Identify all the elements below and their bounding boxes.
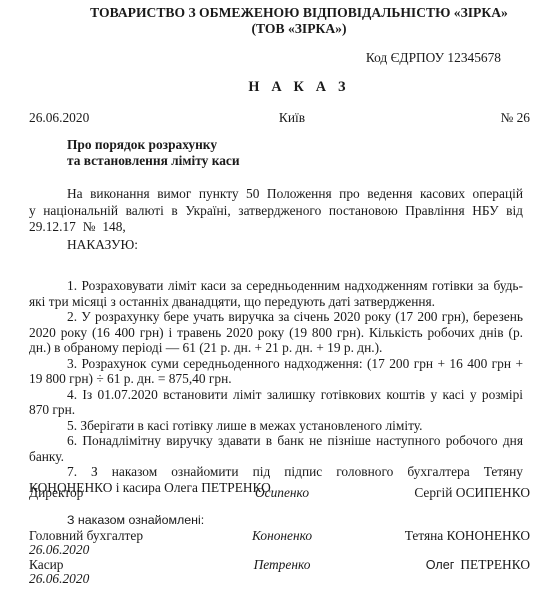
order-items: 1. Розраховувати ліміт каси за середньод… — [29, 278, 523, 495]
subject-line-2: та встановлення ліміту каси — [67, 153, 240, 169]
document-title: Н А К А З — [0, 79, 556, 96]
director-signature: Осипенко — [252, 485, 312, 501]
chief-accountant-signature: Кононенко — [252, 528, 312, 544]
order-item-4: 4. Із 01.07.2020 встановити ліміт залишк… — [29, 387, 523, 418]
document-city: Київ — [0, 110, 556, 126]
director-role: Директор — [29, 485, 83, 501]
order-item-1: 1. Розраховувати ліміт каси за середньод… — [29, 278, 523, 309]
subject-line-1: Про порядок розрахунку — [67, 137, 240, 153]
cashier-date: 26.06.2020 — [29, 571, 89, 587]
order-item-5: 5. Зберігати в касі готівку лише в межах… — [29, 418, 523, 434]
edrpou-code: Код ЄДРПОУ 12345678 — [366, 50, 501, 66]
chief-accountant-date: 26.06.2020 — [29, 542, 89, 558]
order-item-2: 2. У розрахунку бере учать виручка за сі… — [29, 309, 523, 356]
preamble-text: На виконання вимог пункту 50 Положення п… — [29, 186, 523, 236]
preamble: На виконання вимог пункту 50 Положення п… — [29, 186, 523, 236]
cashier-signature-row: Касир Петренко ОлегПЕТРЕНКО — [29, 557, 530, 573]
director-signature-row: Директор Осипенко Сергій ОСИПЕНКО — [29, 485, 530, 501]
organization-short-name: (ТОВ «ЗІРКА») — [0, 21, 556, 37]
cashier-signature: Петренко — [252, 557, 312, 573]
organization-full-name: ТОВАРИСТВО З ОБМЕЖЕНОЮ ВІДПОВІДАЛЬНІСТЮ … — [0, 5, 556, 21]
document-number: № 26 — [500, 110, 530, 126]
chief-accountant-signature-row: Головний бухгалтер Кононенко Тетяна КОНО… — [29, 528, 530, 544]
familiarized-label: З наказом ознайомлені: — [67, 513, 204, 527]
cashier-first-name: Олег — [426, 558, 455, 572]
director-name: Сергій ОСИПЕНКО — [414, 485, 530, 501]
order-item-6: 6. Понадлімітну виручку здавати в банк н… — [29, 433, 523, 464]
cashier-last-name: ПЕТРЕНКО — [460, 557, 530, 572]
order-item-3: 3. Розрахунок суми середньоденного надхо… — [29, 356, 523, 387]
order-word: НАКАЗУЮ: — [67, 237, 138, 253]
chief-accountant-name: Тетяна КОНОНЕНКО — [405, 528, 530, 544]
cashier-name: ОлегПЕТРЕНКО — [426, 557, 530, 573]
document-subject: Про порядок розрахунку та встановлення л… — [67, 137, 240, 169]
